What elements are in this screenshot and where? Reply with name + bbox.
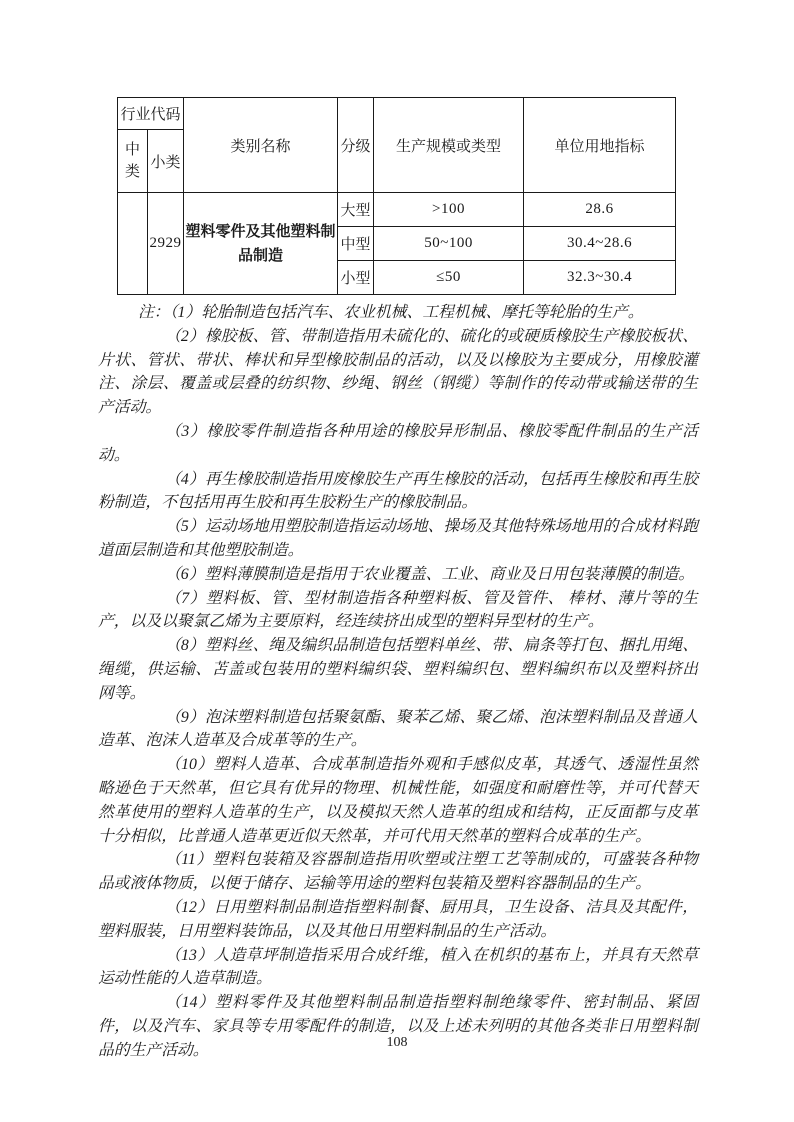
header-grade: 分级 [338,98,374,193]
cell-indicator-large: 28.6 [524,193,676,227]
note-paragraph-13: （13）人造草坪制造指采用合成纤维，植入在机织的基布上，并具有天然草运动性能的人… [98,944,698,992]
notes-section: 注：（1）轮胎制造包括汽车、农业机械、工程机械、摩托等轮胎的生产。 （2）橡胶板… [98,301,698,1063]
note-paragraph-9: （9）泡沫塑料制造包括聚氨酯、聚苯乙烯、聚乙烯、泡沫塑料制品及普通人造革、泡沫人… [98,706,698,754]
cell-mid-class [118,193,148,295]
note-paragraph-2: （2）橡胶板、管、带制造指用未硫化的、硫化的或硬质橡胶生产橡胶板状、片状、管状、… [98,325,698,420]
page-number: 108 [0,1035,794,1051]
header-unit-land-indicator: 单位用地指标 [524,98,676,193]
cell-scale-large: >100 [374,193,524,227]
industry-land-indicator-table: 行业代码 类别名称 分级 生产规模或类型 单位用地指标 中类 小类 2929 塑… [117,97,676,295]
header-small-class: 小类 [148,130,184,193]
note-paragraph-12: （12）日用塑料制品制造指塑料制餐、厨用具，卫生设备、洁具及其配件，塑料服装，日… [98,896,698,944]
header-mid-class: 中类 [118,130,148,193]
cell-grade-medium: 中型 [338,227,374,261]
cell-scale-small: ≤50 [374,261,524,295]
cell-category-name: 塑料零件及其他塑料制品制造 [184,193,338,295]
cell-indicator-medium: 30.4~28.6 [524,227,676,261]
note-paragraph-5: （5）运动场地用塑胶制造指运动场地、操场及其他特殊场地用的合成材料跑道面层制造和… [98,515,698,563]
note-paragraph-7: （7）塑料板、管、型材制造指各种塑料板、管及管件、 棒材、薄片等的生产，以及以聚… [98,587,698,635]
cell-grade-small: 小型 [338,261,374,295]
notes-label: 注： [138,304,170,321]
cell-indicator-small: 32.3~30.4 [524,261,676,295]
header-production-scale: 生产规模或类型 [374,98,524,193]
note-paragraph-4: （4）再生橡胶制造指用废橡胶生产再生橡胶的活动，包括再生橡胶和再生胶粉制造，不包… [98,468,698,516]
cell-small-class-code: 2929 [148,193,184,295]
note-paragraph-11: （11）塑料包装箱及容器制造指用吹塑或注塑工艺等制成的，可盛装各种物品或液体物质… [98,848,698,896]
note-paragraph-14: （14）塑料零件及其他塑料制品制造指塑料制绝缘零件、密封制品、紧固件，以及汽车、… [98,991,698,1062]
note-text-1: （1）轮胎制造包括汽车、农业机械、工程机械、摩托等轮胎的生产。 [170,304,644,321]
header-category-name: 类别名称 [184,98,338,193]
note-paragraph-10: （10）塑料人造革、合成革制造指外观和手感似皮革，其透气、透湿性虽然略逊色于天然… [98,753,698,848]
note-paragraph-8: （8）塑料丝、绳及编织品制造包括塑料单丝、带、扁条等打包、捆扎用绳、绳缆，供运输… [98,634,698,705]
note-paragraph-3: （3）橡胶零件制造指各种用途的橡胶异形制品、橡胶零配件制品的生产活动。 [98,420,698,468]
cell-grade-large: 大型 [338,193,374,227]
header-industry-code: 行业代码 [118,98,184,130]
note-paragraph-6: （6）塑料薄膜制造是指用于农业覆盖、工业、商业及日用包装薄膜的制造。 [98,563,698,587]
note-paragraph-1: 注：（1）轮胎制造包括汽车、农业机械、工程机械、摩托等轮胎的生产。 [98,301,698,325]
cell-scale-medium: 50~100 [374,227,524,261]
